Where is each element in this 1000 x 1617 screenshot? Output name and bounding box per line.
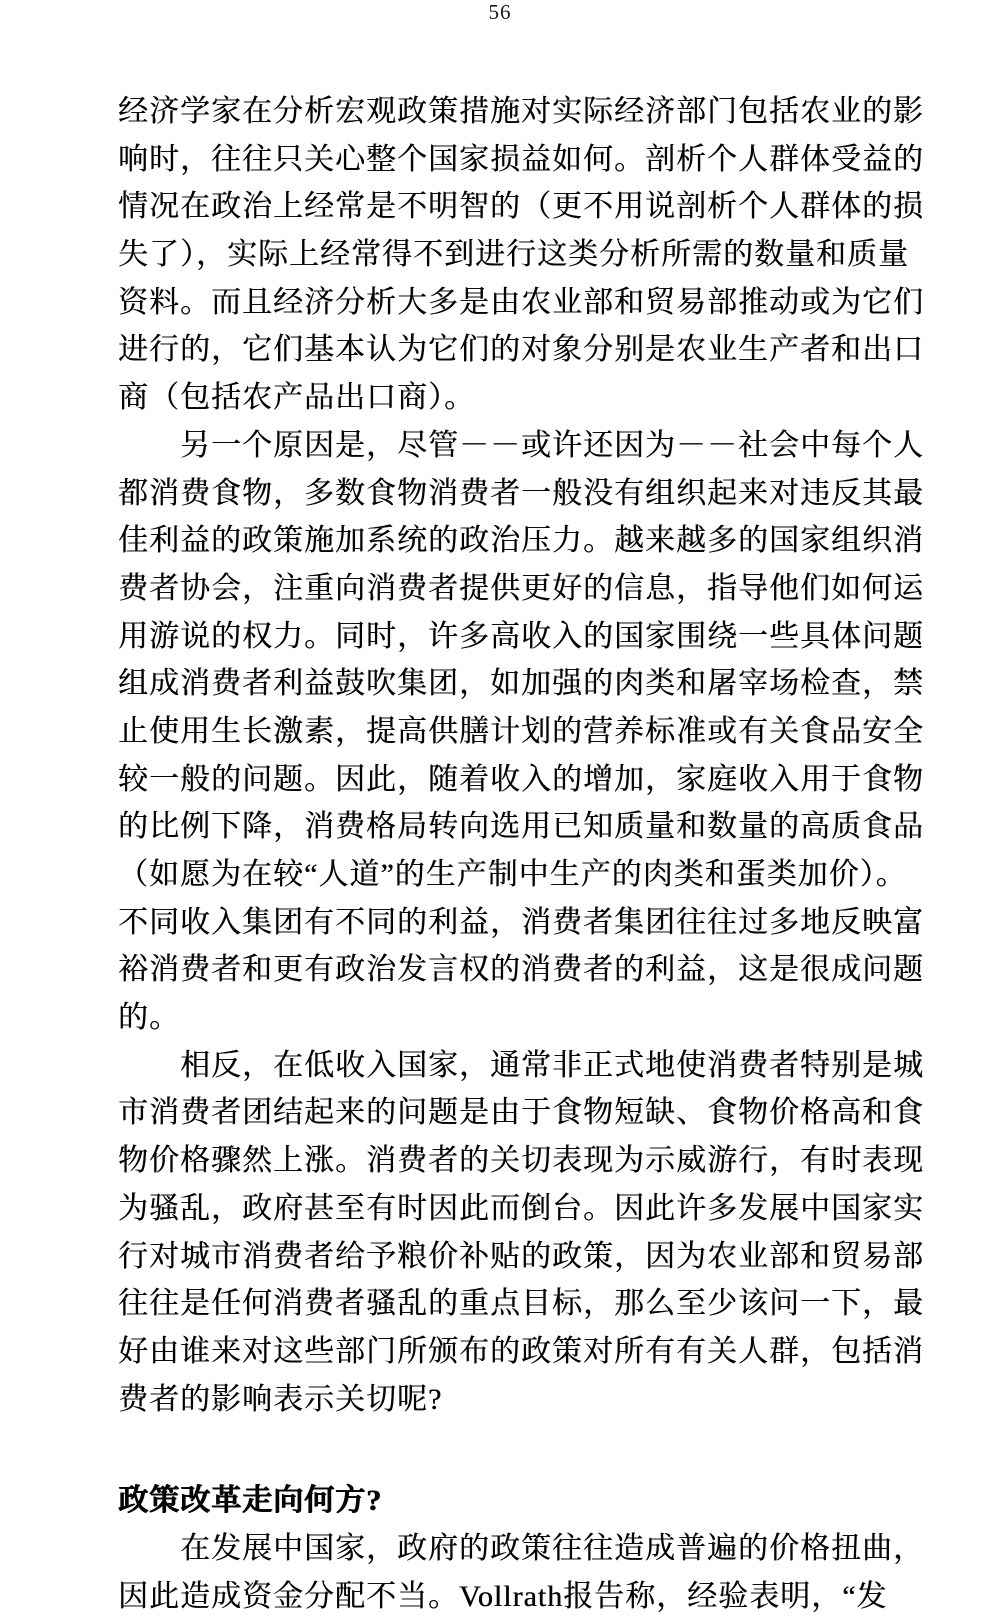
text-line: 组成消费者利益鼓吹集团，如加强的肉类和屠宰场检查，禁 xyxy=(118,660,990,708)
text-line: 进行的，它们基本认为它们的对象分别是农业生产者和出口 xyxy=(118,326,990,374)
text-line: 佳利益的政策施加系统的政治压力。越来越多的国家组织消 xyxy=(118,517,990,565)
text-line: 经济学家在分析宏观政策措施对实际经济部门包括农业的影 xyxy=(118,88,990,136)
text-line: 用游说的权力。同时，许多高收入的国家围绕一些具体问题 xyxy=(118,613,990,661)
text-line: 情况在政治上经常是不明智的（更不用说剖析个人群体的损 xyxy=(118,183,990,231)
text-line: 物价格骤然上涨。消费者的关切表现为示威游行，有时表现 xyxy=(118,1137,990,1185)
text-line: 裕消费者和更有政治发言权的消费者的利益，这是很成问题 xyxy=(118,946,990,994)
text-line: 行对城市消费者给予粮价补贴的政策，因为农业部和贸易部 xyxy=(118,1233,990,1281)
text-line: 好由谁来对这些部门所颁布的政策对所有有关人群，包括消 xyxy=(118,1328,990,1376)
text-line: 费者的影响表示关切呢? xyxy=(118,1376,990,1424)
text-line: 的。 xyxy=(118,994,990,1042)
text-line: 止使用生长激素，提高供膳计划的营养标准或有关食品安全 xyxy=(118,708,990,756)
text-line: 较一般的问题。因此，随着收入的增加，家庭收入用于食物 xyxy=(118,756,990,804)
text-line: 因此造成资金分配不当。Vollrath报告称，经验表明，“发 xyxy=(118,1573,990,1617)
text-line: （如愿为在较“人道”的生产制中生产的肉类和蛋类加价）。 xyxy=(118,851,990,899)
text-line: 费者协会，注重向消费者提供更好的信息，指导他们如何运 xyxy=(118,565,990,613)
text-line: 往往是任何消费者骚乱的重点目标，那么至少该问一下，最 xyxy=(118,1280,990,1328)
text-line: 为骚乱，政府甚至有时因此而倒台。因此许多发展中国家实 xyxy=(118,1185,990,1233)
text-line: 响时，往往只关心整个国家损益如何。剖析个人群体受益的 xyxy=(118,136,990,184)
page-number: 56 xyxy=(0,0,1000,24)
text-line: 在发展中国家，政府的政策往往造成普遍的价格扭曲， xyxy=(118,1525,990,1573)
text-line: 失了），实际上经常得不到进行这类分析所需的数量和质量 xyxy=(118,231,990,279)
section-heading: 政策改革走向何方? xyxy=(118,1477,990,1525)
text-line: 都消费食物，多数食物消费者一般没有组织起来对违反其最 xyxy=(118,470,990,518)
text-line: 市消费者团结起来的问题是由于食物短缺、食物价格高和食 xyxy=(118,1089,990,1137)
text-line: 的比例下降，消费格局转向选用已知质量和数量的高质食品 xyxy=(118,803,990,851)
scanned-book-page: 56 经济学家在分析宏观政策措施对实际经济部门包括农业的影响时，往往只关心整个国… xyxy=(0,0,1000,1617)
text-line: 商（包括农产品出口商）。 xyxy=(118,374,990,422)
text-block: 经济学家在分析宏观政策措施对实际经济部门包括农业的影响时，往往只关心整个国家损益… xyxy=(118,88,990,1617)
text-line: 另一个原因是，尽管－－或许还因为－－社会中每个人 xyxy=(118,422,990,470)
text-line: 不同收入集团有不同的利益，消费者集团往往过多地反映富 xyxy=(118,899,990,947)
text-line: 相反，在低收入国家，通常非正式地使消费者特别是城 xyxy=(118,1042,990,1090)
text-line: 资料。而且经济分析大多是由农业部和贸易部推动或为它们 xyxy=(118,279,990,327)
